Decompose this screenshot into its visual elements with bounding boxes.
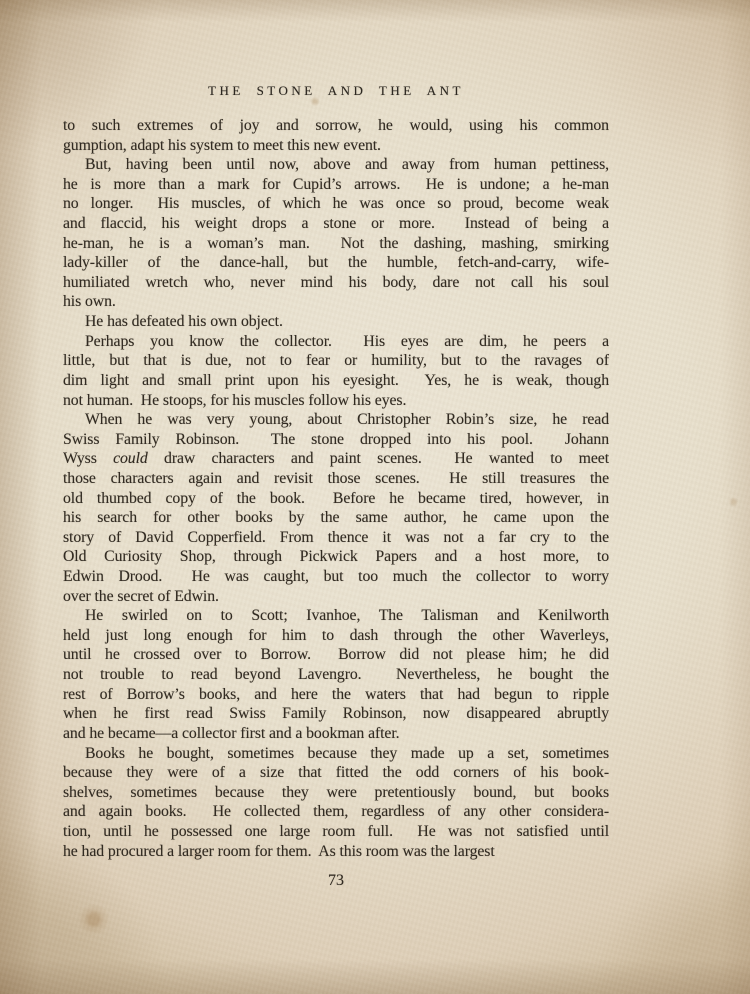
text-line: old thumbed copy of the book. Before he … (63, 489, 609, 509)
text-line: story of David Copperfield. From thence … (63, 528, 609, 548)
text-line: little, but that is due, not to fear or … (63, 351, 609, 371)
text-line: But, having been until now, above and aw… (63, 155, 609, 175)
text-line: and flaccid, his weight drops a stone or… (63, 214, 609, 234)
text-line: lady-killer of the dance-hall, but the h… (63, 253, 609, 273)
italic-text: could (113, 450, 148, 467)
paragraph: But, having been until now, above and aw… (63, 155, 609, 312)
paragraph: Perhaps you know the collector. His eyes… (63, 332, 609, 410)
text-line: He swirled on to Scott; Ivanhoe, The Tal… (63, 606, 609, 626)
scanned-book-page: THE STONE AND THE ANT to such extremes o… (0, 0, 750, 994)
text-line: held just long enough for him to dash th… (63, 626, 609, 646)
text-line: Perhaps you know the collector. His eyes… (63, 332, 609, 352)
page-number: 73 (63, 872, 609, 890)
text-line: and again books. He collected them, rega… (63, 802, 609, 822)
text-line: he-man, he is a woman’s man. Not the das… (63, 234, 609, 254)
text-line: not human. He stoops, for his muscles fo… (63, 391, 609, 411)
paragraph: to such extremes of joy and sorrow, he w… (63, 116, 609, 155)
text-line: no longer. His muscles, of which he was … (63, 194, 609, 214)
text-line: rest of Borrow’s books, and here the wat… (63, 685, 609, 705)
text-line: When he was very young, about Christophe… (63, 410, 609, 430)
paragraph: He swirled on to Scott; Ivanhoe, The Tal… (63, 606, 609, 743)
text-line: humiliated wretch who, never mind his bo… (63, 273, 609, 293)
text-line: over the secret of Edwin. (63, 587, 609, 607)
text-line: until he crossed over to Borrow. Borrow … (63, 645, 609, 665)
text-line: not trouble to read beyond Lavengro. Nev… (63, 665, 609, 685)
text-line: gumption, adapt his system to meet this … (63, 136, 609, 156)
text-line: he is more than a mark for Cupid’s arrow… (63, 175, 609, 195)
text-line: He has defeated his own object. (63, 312, 609, 332)
text-line: his search for other books by the same a… (63, 508, 609, 528)
text-line: those characters again and revisit those… (63, 469, 609, 489)
paragraph: When he was very young, about Christophe… (63, 410, 609, 606)
text-line: Books he bought, sometimes because they … (63, 744, 609, 764)
text-line: dim light and small print upon his eyesi… (63, 371, 609, 391)
text-line: and he became—a collector first and a bo… (63, 724, 609, 744)
text-line: Old Curiosity Shop, through Pickwick Pap… (63, 547, 609, 567)
paragraph: Books he bought, sometimes because they … (63, 744, 609, 862)
text-line: he had procured a larger room for them. … (63, 842, 609, 862)
text-line: shelves, sometimes because they were pre… (63, 783, 609, 803)
paragraph: He has defeated his own object. (63, 312, 609, 332)
text-line: Wyss could draw characters and paint sce… (63, 449, 609, 469)
running-header: THE STONE AND THE ANT (63, 83, 609, 99)
text-line: tion, until he possessed one large room … (63, 822, 609, 842)
text-line: his own. (63, 292, 609, 312)
text-line: when he first read Swiss Family Robinson… (63, 704, 609, 724)
text-line: because they were of a size that fitted … (63, 763, 609, 783)
text-line: to such extremes of joy and sorrow, he w… (63, 116, 609, 136)
text-line: Swiss Family Robinson. The stone dropped… (63, 430, 609, 450)
text-block: to such extremes of joy and sorrow, he w… (63, 116, 609, 861)
text-line: Edwin Drood. He was caught, but too much… (63, 567, 609, 587)
